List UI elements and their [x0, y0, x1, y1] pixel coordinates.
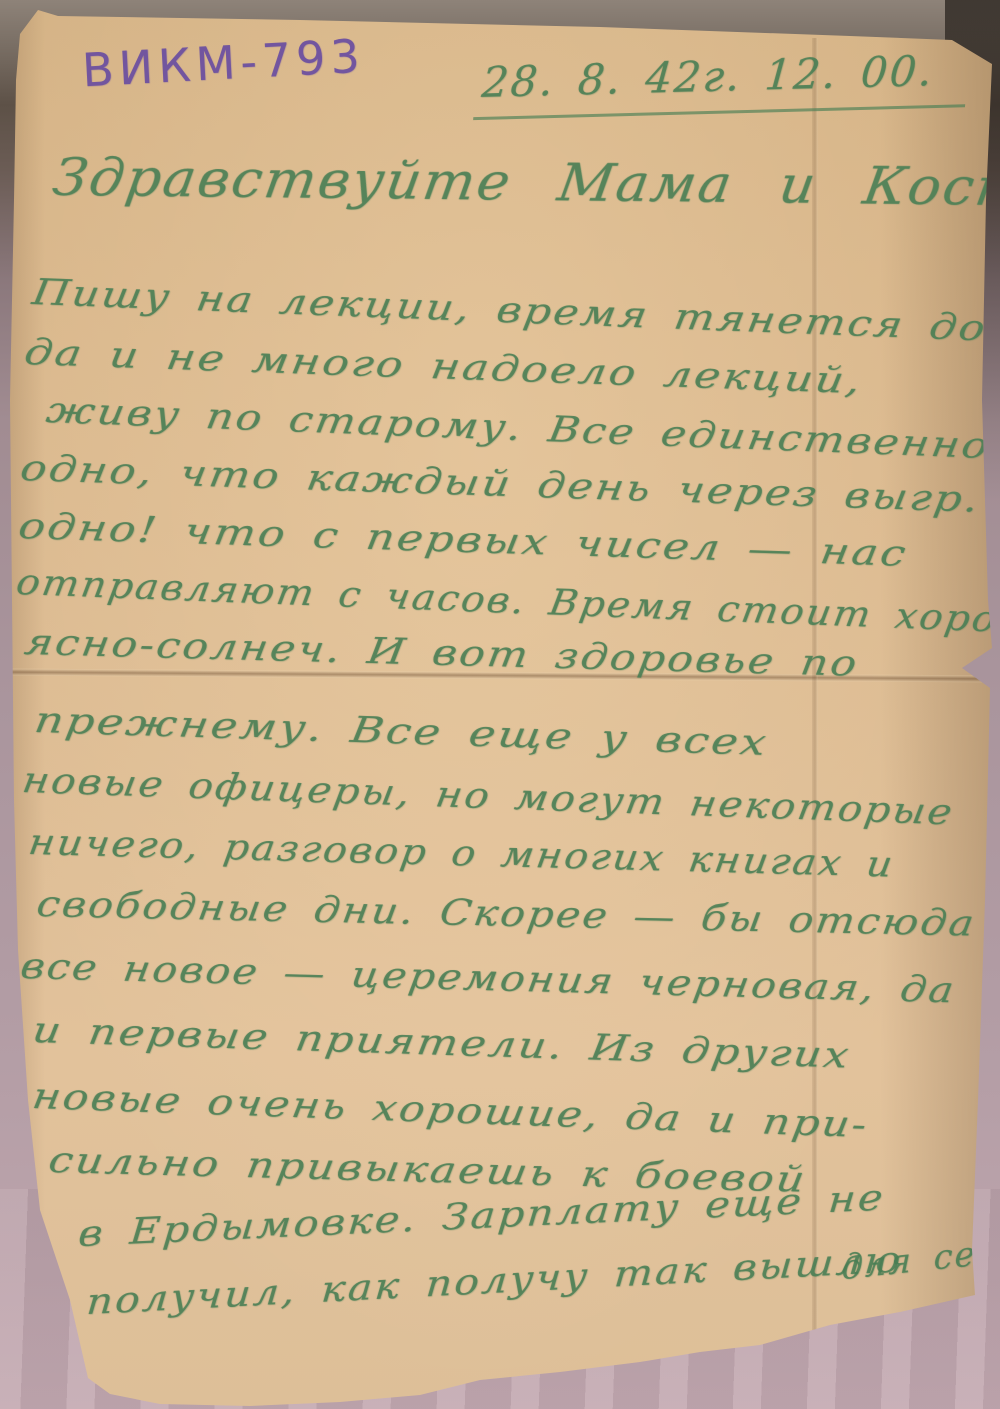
- handwritten-line: свободные дни. Скорее — бы отсюда: [34, 884, 979, 945]
- handwritten-line: новые очень хорошие, да и при-: [30, 1076, 872, 1146]
- handwritten-line: получил, как получу так вышлю: [85, 1239, 904, 1323]
- letter-paper: ВИКМ-793 28. 8. 42г. 12. 00. Здравствуйт…: [0, 0, 1000, 1409]
- handwritten-line: да и не много надоело лекций,: [22, 332, 866, 402]
- handwritten-line: и первые приятели. Из других: [30, 1010, 854, 1077]
- museum-inventory-number: ВИКМ-793: [81, 29, 366, 98]
- handwritten-line: прежнему. Все еще у всех: [32, 700, 772, 764]
- date-line: 28. 8. 42г. 12. 00.: [473, 45, 970, 120]
- greeting-line: Здравствуйте Мама и Костя!: [49, 148, 1000, 219]
- handwritten-line: ничего, разговор о многих книгах и: [26, 822, 897, 886]
- photo-of-handwritten-letter: ВИКМ-793 28. 8. 42г. 12. 00. Здравствуйт…: [0, 0, 1000, 1409]
- handwritten-line: одно! что с первых чисел — нас: [16, 506, 911, 575]
